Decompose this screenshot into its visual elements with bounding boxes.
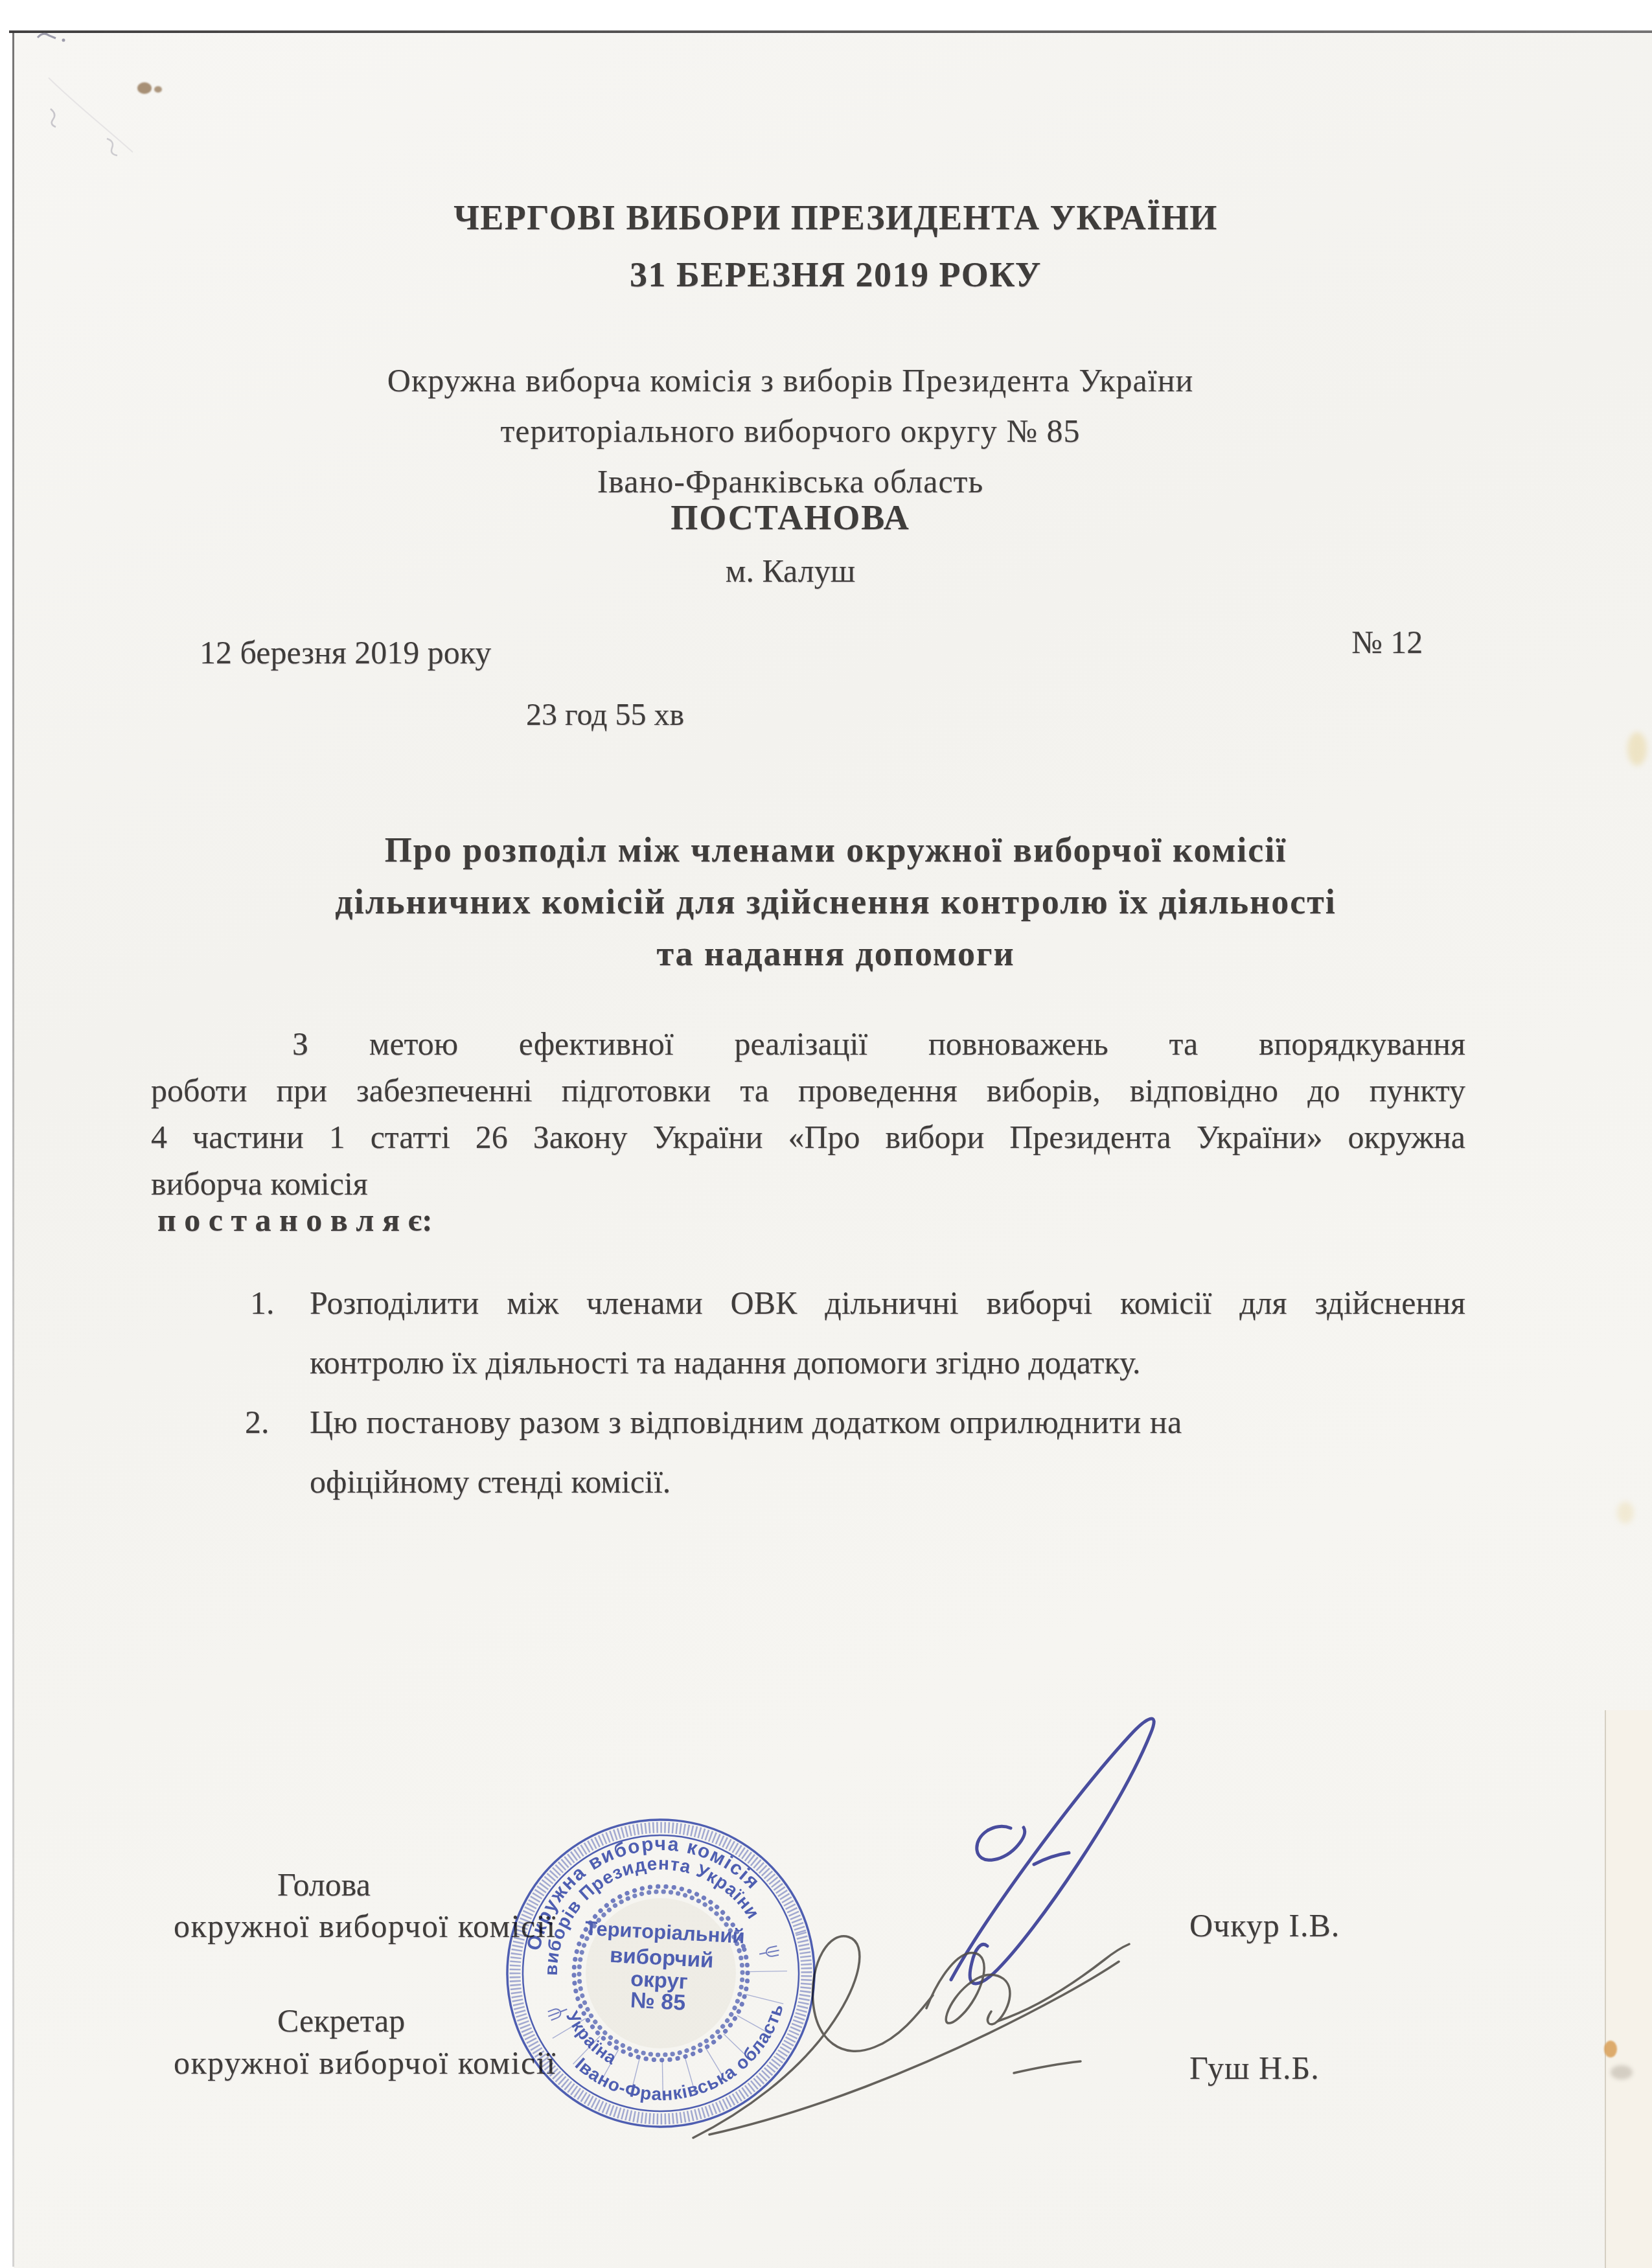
doc-time: 23 год 55 хв	[526, 697, 684, 733]
list-item-1-number: 1.	[250, 1284, 275, 1322]
resolves-word: п о с т а н о в л я є:	[157, 1201, 433, 1239]
paragraph-line-4: виборча комісія	[151, 1165, 368, 1202]
secretary-signature	[693, 1936, 1129, 2138]
resolution-title-line1: Про розподіл між членами окружної виборч…	[175, 824, 1497, 876]
doc-number: № 12	[1351, 623, 1423, 661]
paragraph-line-2: роботи при забезпеченні підготовки та пр…	[151, 1071, 1465, 1109]
doc-type: ПОСТАНОВА	[130, 490, 1451, 545]
resolution-title-line3: та надання допомоги	[175, 928, 1497, 979]
list-item-2-line1: Цю постанову разом з відповідним додатко…	[310, 1403, 1182, 1441]
paragraph-line-1: З метою ефективної реалізації повноважен…	[151, 1025, 1465, 1062]
signatures-overlay	[648, 1658, 1263, 2190]
stain-gray-smudge	[1611, 2065, 1633, 2079]
list-item-2-number: 2.	[245, 1403, 270, 1441]
doc-city: м. Калуш	[130, 545, 1451, 596]
list-item-1-line2: контролю їх діяльності та надання допомо…	[310, 1344, 1141, 1381]
resolution-title-line2: дільничних комісій для здійснення контро…	[175, 876, 1497, 928]
commission-name-line1: Окружна виборча комісія з виборів Презид…	[130, 355, 1451, 406]
page-right-edge	[1605, 1710, 1652, 2268]
commission-name-line2: територіального виборчого округу № 85	[130, 406, 1451, 456]
scanned-document-page: ЧЕРГОВІ ВИБОРИ ПРЕЗИДЕНТА УКРАЇНИ 31 БЕР…	[0, 0, 1652, 2268]
list-item-1-line1: Розподілити між членами ОВК дільничні ви…	[310, 1284, 1465, 1322]
list-item-2-line2: офіційному стенді комісії.	[310, 1463, 671, 1500]
secretary-role-line1: Секретар	[277, 2002, 405, 2039]
head-signature	[951, 1719, 1154, 1984]
stain-orange	[1604, 2041, 1617, 2057]
doc-date: 12 березня 2019 року	[200, 634, 491, 671]
election-title-line1: ЧЕРГОВІ ВИБОРИ ПРЕЗИДЕНТА УКРАЇНИ	[175, 189, 1497, 246]
stain-yellow-2	[1617, 1502, 1634, 1524]
paragraph-line-3: 4 частини 1 статті 26 Закону України «Пр…	[151, 1118, 1465, 1156]
scan-left-edge	[12, 32, 14, 2267]
election-title-line2: 31 БЕРЕЗНЯ 2019 РОКУ	[175, 246, 1497, 303]
head-role-line1: Голова	[277, 1866, 371, 1903]
stain-yellow-1	[1627, 732, 1647, 766]
